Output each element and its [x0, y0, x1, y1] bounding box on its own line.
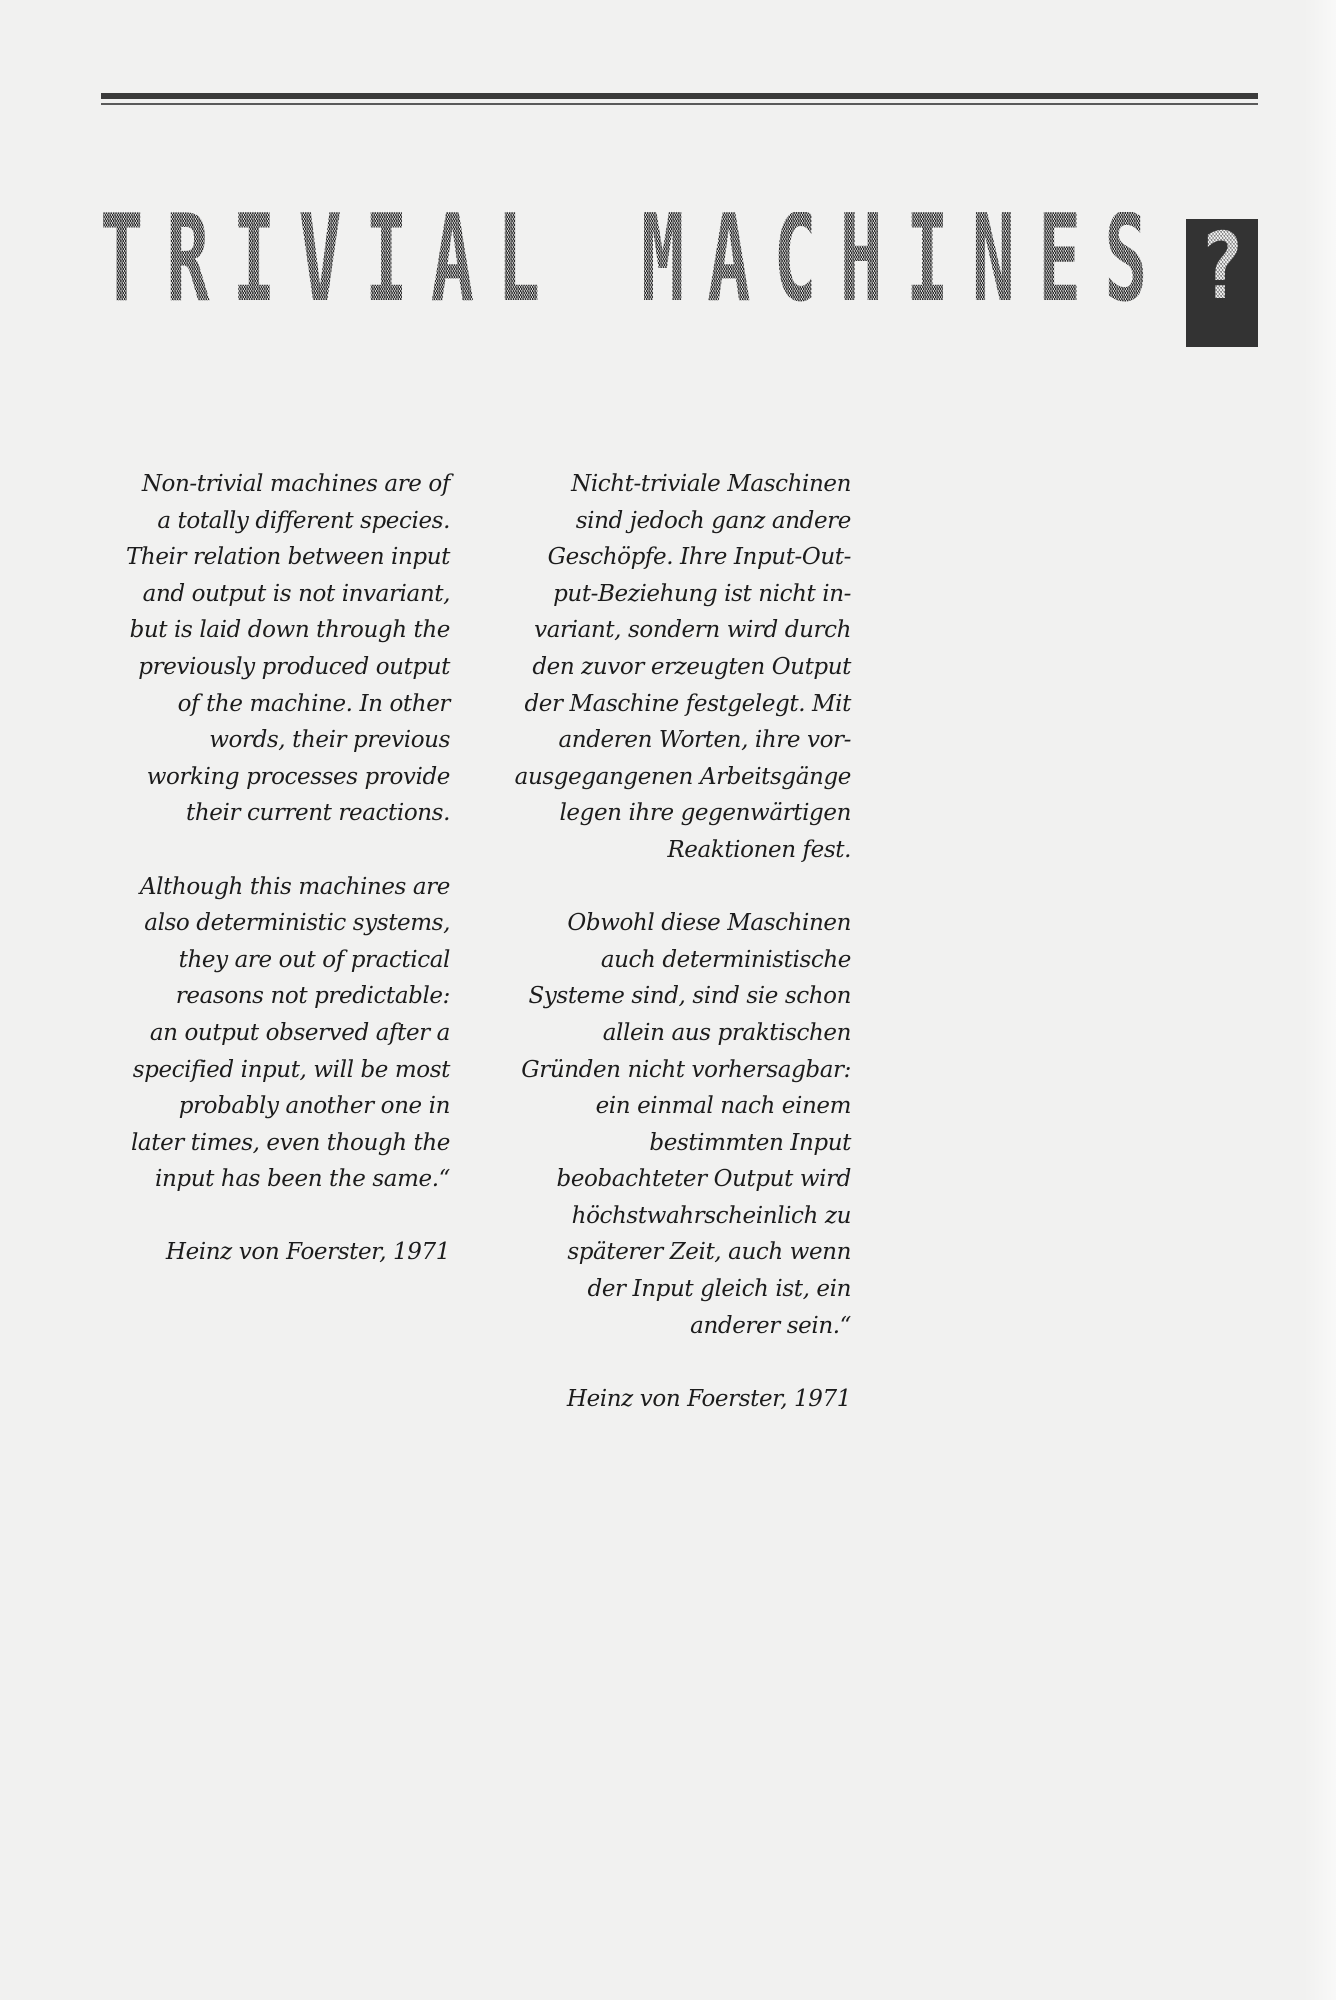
text-line: Nicht-triviale Maschinen [480, 466, 851, 503]
header-rule-thin [101, 103, 1258, 105]
text-line: a totally different species. [90, 503, 450, 540]
title-word-trivial: TRIVIAL [100, 212, 563, 308]
text-line: Geschöpfe. Ihre Input-Out- [480, 539, 851, 576]
text-line: auch deterministische [480, 942, 851, 979]
german-paragraph-2: Obwohl diese Maschinen auch deterministi… [480, 905, 851, 1344]
text-line: also deterministic systems, [90, 905, 450, 942]
text-line: later times, even though the [90, 1125, 450, 1162]
text-line: they are out of practical [90, 942, 450, 979]
text-line: Systeme sind, sind sie schon [480, 978, 851, 1015]
text-line: and output is not invariant, [90, 576, 450, 613]
text-line: der Input gleich ist, ein [480, 1271, 851, 1308]
text-line: der Maschine festgelegt. Mit [480, 686, 851, 723]
english-attribution: Heinz von Foerster, 1971 [90, 1234, 450, 1271]
question-mark-badge: ? [1186, 219, 1258, 347]
german-paragraph-1: Nicht-triviale Maschinen sind jedoch gan… [480, 466, 851, 869]
text-line: beobachteter Output wird [480, 1161, 851, 1198]
text-line: anderen Worten, ihre vor- [480, 722, 851, 759]
text-line: but is laid down through the [90, 612, 450, 649]
text-line: words, their previous [90, 722, 450, 759]
text-line: Obwohl diese Maschinen [480, 905, 851, 942]
header-rule-thick [101, 93, 1258, 99]
text-line: probably another one in [90, 1088, 450, 1125]
german-attribution: Heinz von Foerster, 1971 [480, 1381, 851, 1418]
text-line: späterer Zeit, auch wenn [480, 1234, 851, 1271]
text-line: ein einmal nach einem [480, 1088, 851, 1125]
attribution-text: Heinz von Foerster, 1971 [90, 1234, 450, 1271]
english-paragraph-2: Although this machines are also determin… [90, 869, 450, 1198]
text-line: legen ihre gegenwärtigen [480, 795, 851, 832]
text-line: Non-trivial machines are of [90, 466, 450, 503]
text-line: their current reactions. [90, 795, 450, 832]
text-line: allein aus praktischen [480, 1015, 851, 1052]
text-line: Their relation between input [90, 539, 450, 576]
text-line: previously produced output [90, 649, 450, 686]
text-line: input has been the same.“ [90, 1161, 450, 1198]
question-mark-icon: ? [1200, 221, 1244, 313]
text-line: Gründen nicht vorhersagbar: [480, 1052, 851, 1089]
text-line: reasons not predictable: [90, 978, 450, 1015]
text-line: höchstwahrscheinlich zu [480, 1198, 851, 1235]
text-line: working processes provide [90, 759, 450, 796]
text-line: anderer sein.“ [480, 1308, 851, 1345]
page-title: TRIVIAL MACHINES [100, 212, 1336, 308]
english-paragraph-1: Non-trivial machines are of a totally di… [90, 466, 450, 832]
text-line: den zuvor erzeugten Output [480, 649, 851, 686]
text-line: an output observed after a [90, 1015, 450, 1052]
text-line: bestimmten Input [480, 1125, 851, 1162]
english-column: Non-trivial machines are of a totally di… [90, 466, 450, 1271]
attribution-text: Heinz von Foerster, 1971 [480, 1381, 851, 1418]
text-line: Reaktionen fest. [480, 832, 851, 869]
text-line: sind jedoch ganz andere [480, 503, 851, 540]
text-line: of the machine. In other [90, 686, 450, 723]
text-line: Although this machines are [90, 869, 450, 906]
german-column: Nicht-triviale Maschinen sind jedoch gan… [480, 466, 851, 1417]
title-word-machines: MACHINES [641, 212, 1170, 308]
text-line: put-Beziehung ist nicht in- [480, 576, 851, 613]
text-line: ausgegangenen Arbeitsgänge [480, 759, 851, 796]
text-line: variant, sondern wird durch [480, 612, 851, 649]
text-line: specified input, will be most [90, 1052, 450, 1089]
